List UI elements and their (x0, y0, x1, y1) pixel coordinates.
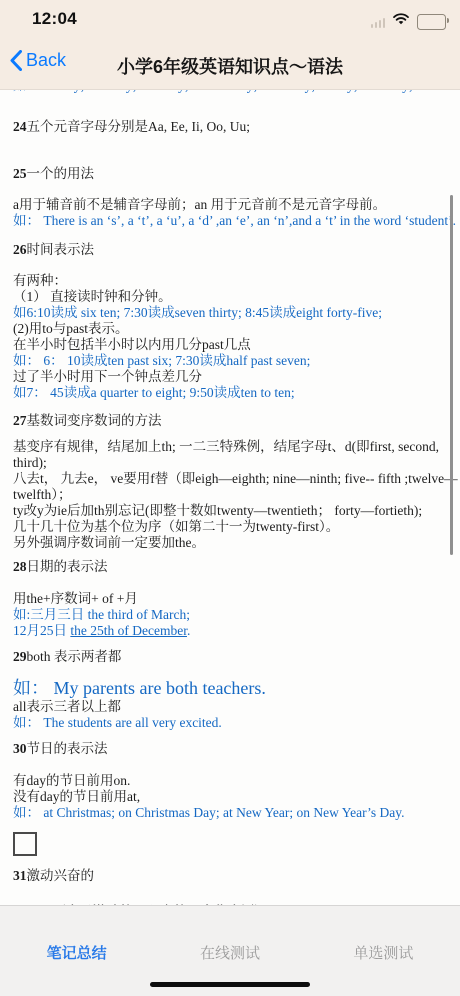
section-heading-27: 27基数词变序数词的方法 (13, 413, 448, 429)
home-indicator[interactable] (150, 982, 310, 988)
tab-notes-summary[interactable]: 笔记总结 (47, 942, 107, 963)
section-heading-31: 31激动兴奋的 (13, 868, 448, 884)
battery-icon (417, 14, 446, 30)
doc-line: （1） 直接读时钟和分钟。 (13, 289, 448, 305)
doc-line: ty改y为ie后加th别忘记(即整十数如twenty—twentieth； fo… (13, 503, 448, 519)
example-line-large: 如： My parents are both teachers. (13, 677, 448, 699)
document-text: 如：Sunday; Monday; Tuesday; Wednesday; Th… (0, 89, 460, 905)
phone-screen: 12:04 Back (0, 0, 460, 996)
doc-line: 用the+序数词+ of +月 (13, 591, 448, 607)
example-line: 12月25日 the 25th of December. (13, 623, 448, 639)
page-title: 小学6年级英语知识点～语法 (0, 53, 460, 79)
doc-line: 有day的节日前用on. (13, 773, 448, 789)
doc-line: third); (13, 455, 448, 471)
doc-line: 另外强调序数词前一定要加the。 (13, 535, 448, 551)
example-line: 如： There is an ‘s’, a ‘t’, a ‘u’, a ‘d’ … (13, 213, 448, 229)
status-bar: 12:04 (0, 0, 460, 44)
section-heading-24: 24五个元音字母分别是Aa, Ee, Ii, Oo, Uu; (13, 119, 448, 135)
doc-line: 八去t， 九去e， ve要用f替（即eigh—eighth; nine—nint… (13, 471, 448, 487)
example-line: 如7： 45读成a quarter to eight; 9:50读成ten to… (13, 385, 448, 401)
doc-line: 在半小时包括半小时以内用几分past几点 (13, 337, 448, 353)
doc-line: 过了半小时用下一个钟点差几分 (13, 369, 448, 385)
example-line: 如： at Christmas; on Christmas Day; at Ne… (13, 805, 448, 821)
scrollbar-thumb[interactable] (450, 195, 453, 555)
example-line: 如6:10读成 six ten; 7:30读成seven thirty; 8:4… (13, 305, 448, 321)
empty-box (13, 832, 37, 856)
doc-line: (2)用to与past表示。 (13, 321, 448, 337)
cellular-signal-icon (371, 17, 386, 28)
section-heading-26: 26时间表示法 (13, 242, 448, 258)
doc-line: 几十几十位为基个位为序（如第二十一为twenty-first）。 (13, 519, 448, 535)
example-line: 如： 6： 10读成ten past six; 7:30读成half past … (13, 353, 448, 369)
doc-line: a用于辅音前不是辅音字母前；an 用于元音前不是元音字母前。 (13, 197, 448, 213)
section-heading-28: 28日期的表示法 (13, 559, 448, 575)
wifi-icon (392, 13, 410, 31)
top-chrome: 12:04 Back (0, 0, 460, 90)
example-line: 如： The students are all very excited. (13, 715, 448, 731)
tab-single-choice-test[interactable]: 单选测试 (353, 942, 413, 963)
example-line: 如:三月三日 the third of March; (13, 607, 448, 623)
doc-line: 有两种： (13, 273, 448, 289)
section-heading-30: 30节日的表示法 (13, 741, 448, 757)
document-scroll-area[interactable]: 如：Sunday; Monday; Tuesday; Wednesday; Th… (0, 89, 460, 905)
doc-line: twelfth）； (13, 487, 448, 503)
tab-online-test[interactable]: 在线测试 (200, 942, 260, 963)
section-heading-25: 25一个的用法 (13, 166, 448, 182)
doc-line: 没有day的节日前用at, (13, 789, 448, 805)
section-heading-29: 29both 表示两者都 (13, 649, 448, 665)
doc-line: all表示三者以上都 (13, 699, 448, 715)
doc-line: 基变序有规律，结尾加上th; 一二三特殊例，结尾字母t、d(即first, se… (13, 439, 448, 455)
navigation-bar: Back 小学6年级英语知识点～语法 (0, 44, 460, 88)
status-icons (371, 13, 447, 31)
status-time: 12:04 (32, 9, 77, 29)
